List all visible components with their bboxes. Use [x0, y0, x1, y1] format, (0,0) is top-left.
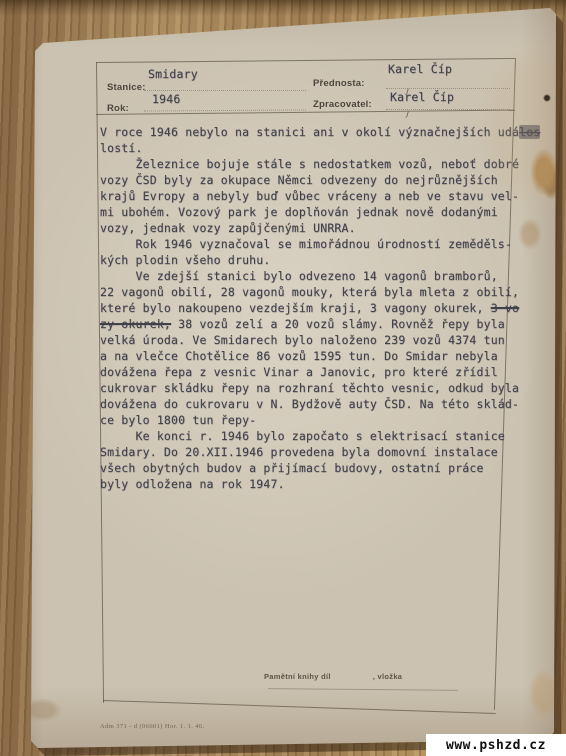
text-line: lostí.: [100, 140, 530, 156]
chief-label: Přednosta:: [313, 78, 365, 89]
text-line: ce bylo 1800 tun řepy-: [100, 412, 530, 428]
text-line: dovážena do cukrovaru v N. Bydžově auty …: [100, 396, 530, 412]
form-box-bottom-border: [103, 700, 496, 714]
text-line: velká úroda. Ve Smidarech bylo naloženo …: [100, 332, 530, 348]
typed-segment: dovážena řepa z vesnic Vinar a Janovic, …: [100, 365, 498, 379]
typed-segment: všech obytných budov a přijímací budovy,…: [100, 461, 484, 475]
struck-text: zy okurek,: [100, 317, 171, 331]
text-line: vozy, jednak vozy zapůjčenými UNRRA.: [100, 220, 530, 236]
memorial-part-label: Pamětní knihy díl: [264, 672, 331, 681]
text-line: byly odložena na rok 1947.: [100, 476, 530, 492]
station-fill-line: [144, 89, 306, 91]
typed-segment: vozy ČSD byly za okupace Němci odvezeny …: [100, 173, 498, 187]
text-line: zy okurek, 38 vozů zelí a 20 vozů slámy.…: [100, 316, 530, 332]
memorial-underline: [268, 688, 458, 691]
typed-segment: Ke konci r. 1946 bylo započato s elektri…: [100, 429, 505, 443]
text-line: Ke konci r. 1946 bylo započato s elektri…: [100, 428, 530, 444]
typed-segment: mi ubohém. Vozový park je doplňován jedn…: [100, 205, 498, 219]
text-line: dovážena řepa z vesnic Vinar a Janovic, …: [100, 364, 530, 380]
chief-value: Karel Číp: [388, 62, 452, 76]
struck-text: los: [519, 125, 540, 139]
typed-segment: krajů Evropy a nebyly buď vůbec vráceny …: [100, 189, 519, 203]
watermark: www.pshzd.cz: [426, 734, 566, 756]
text-line: Rok 1946 vyznačoval se mimořádnou úrodno…: [100, 236, 530, 252]
text-line: které bylo nakoupeno vezdejším kraji, 3 …: [100, 300, 530, 316]
text-line: všech obytných budov a přijímací budovy,…: [100, 460, 530, 476]
typed-segment: ce bylo 1800 tun řepy-: [100, 413, 256, 427]
text-line: a na vlečce Chotělice 86 vozů 1595 tun. …: [100, 348, 530, 364]
text-line: V roce 1946 nebylo na stanici ani v okol…: [100, 124, 530, 140]
compiler-label: Zpracovatel:: [313, 99, 372, 110]
typed-segment: velká úroda. Ve Smidarech bylo naloženo …: [100, 333, 505, 347]
memorial-insert-label: , vložka: [373, 672, 403, 681]
typed-text: V roce 1946 nebylo na stanici ani v okol…: [100, 124, 530, 492]
year-label: Rok:: [107, 103, 129, 114]
typed-segment: 22 vagonů obilí, 28 vagonů mouky, která …: [100, 285, 519, 299]
form-print-code: Adm 371 - d (06601) Hor. 1. 1. 46.: [100, 723, 205, 730]
typed-segment: lostí.: [100, 141, 143, 155]
typed-segment: Smidary. Do 20.XII.1946 provedena byla d…: [100, 445, 498, 459]
typed-segment: Železnice bojuje stále s nedostatkem voz…: [100, 157, 519, 171]
typed-segment: cukrovar skládku řepy na rozhraní těchto…: [100, 381, 519, 395]
text-line: Železnice bojuje stále s nedostatkem voz…: [100, 156, 530, 172]
typed-segment: vozy, jednak vozy zapůjčenými UNRRA.: [100, 221, 356, 235]
typed-segment: Rok 1946 vyznačoval se mimořádnou úrodno…: [100, 237, 512, 251]
struck-text: 3 vo: [491, 301, 519, 315]
compiler-value: Karel Číp: [390, 90, 454, 104]
wood-table-background: Stanice: Smidary Přednosta: Karel Číp Ro…: [0, 0, 566, 756]
typed-segment: V roce 1946 nebylo na stanici ani v okol…: [100, 125, 519, 139]
text-line: 22 vagonů obilí, 28 vagonů mouky, která …: [100, 284, 530, 300]
document-page: Stanice: Smidary Přednosta: Karel Číp Ro…: [16, 4, 560, 752]
typed-segment: a na vlečce Chotělice 86 vozů 1595 tun. …: [100, 349, 498, 363]
typed-segment: dovážena do cukrovaru v N. Bydžově auty …: [100, 397, 519, 411]
typed-segment: byly odložena na rok 1947.: [100, 477, 285, 491]
watermark-text: www.pshzd.cz: [446, 738, 546, 753]
year-value: 1946: [152, 92, 181, 106]
typed-segment: Ve zdejší stanici bylo odvezeno 14 vagon…: [100, 269, 498, 283]
form-box-top-border: [96, 58, 515, 63]
station-label: Stanice:: [107, 82, 146, 93]
text-line: Smidary. Do 20.XII.1946 provedena byla d…: [100, 444, 530, 460]
text-line: cukrovar skládku řepy na rozhraní těchto…: [100, 380, 530, 396]
station-value: Smidary: [148, 67, 198, 81]
text-line: kých plodin všeho druhu.: [100, 252, 530, 268]
text-line: krajů Evropy a nebyly buď vůbec vráceny …: [100, 188, 530, 204]
typed-segment: které bylo nakoupeno vezdejším kraji, 3 …: [100, 301, 491, 315]
text-line: vozy ČSD byly za okupace Němci odvezeny …: [100, 172, 530, 188]
pencil-mark: [403, 111, 409, 119]
text-line: Ve zdejší stanici bylo odvezeno 14 vagon…: [100, 268, 530, 284]
typed-segment: kých plodin všeho druhu.: [100, 253, 271, 267]
typed-segment: 38 vozů zelí a 20 vozů slámy. Rovněž řep…: [171, 317, 505, 331]
memorial-caption: Pamětní knihy díl, vložka: [264, 672, 402, 681]
text-line: mi ubohém. Vozový park je doplňován jedn…: [100, 204, 530, 220]
